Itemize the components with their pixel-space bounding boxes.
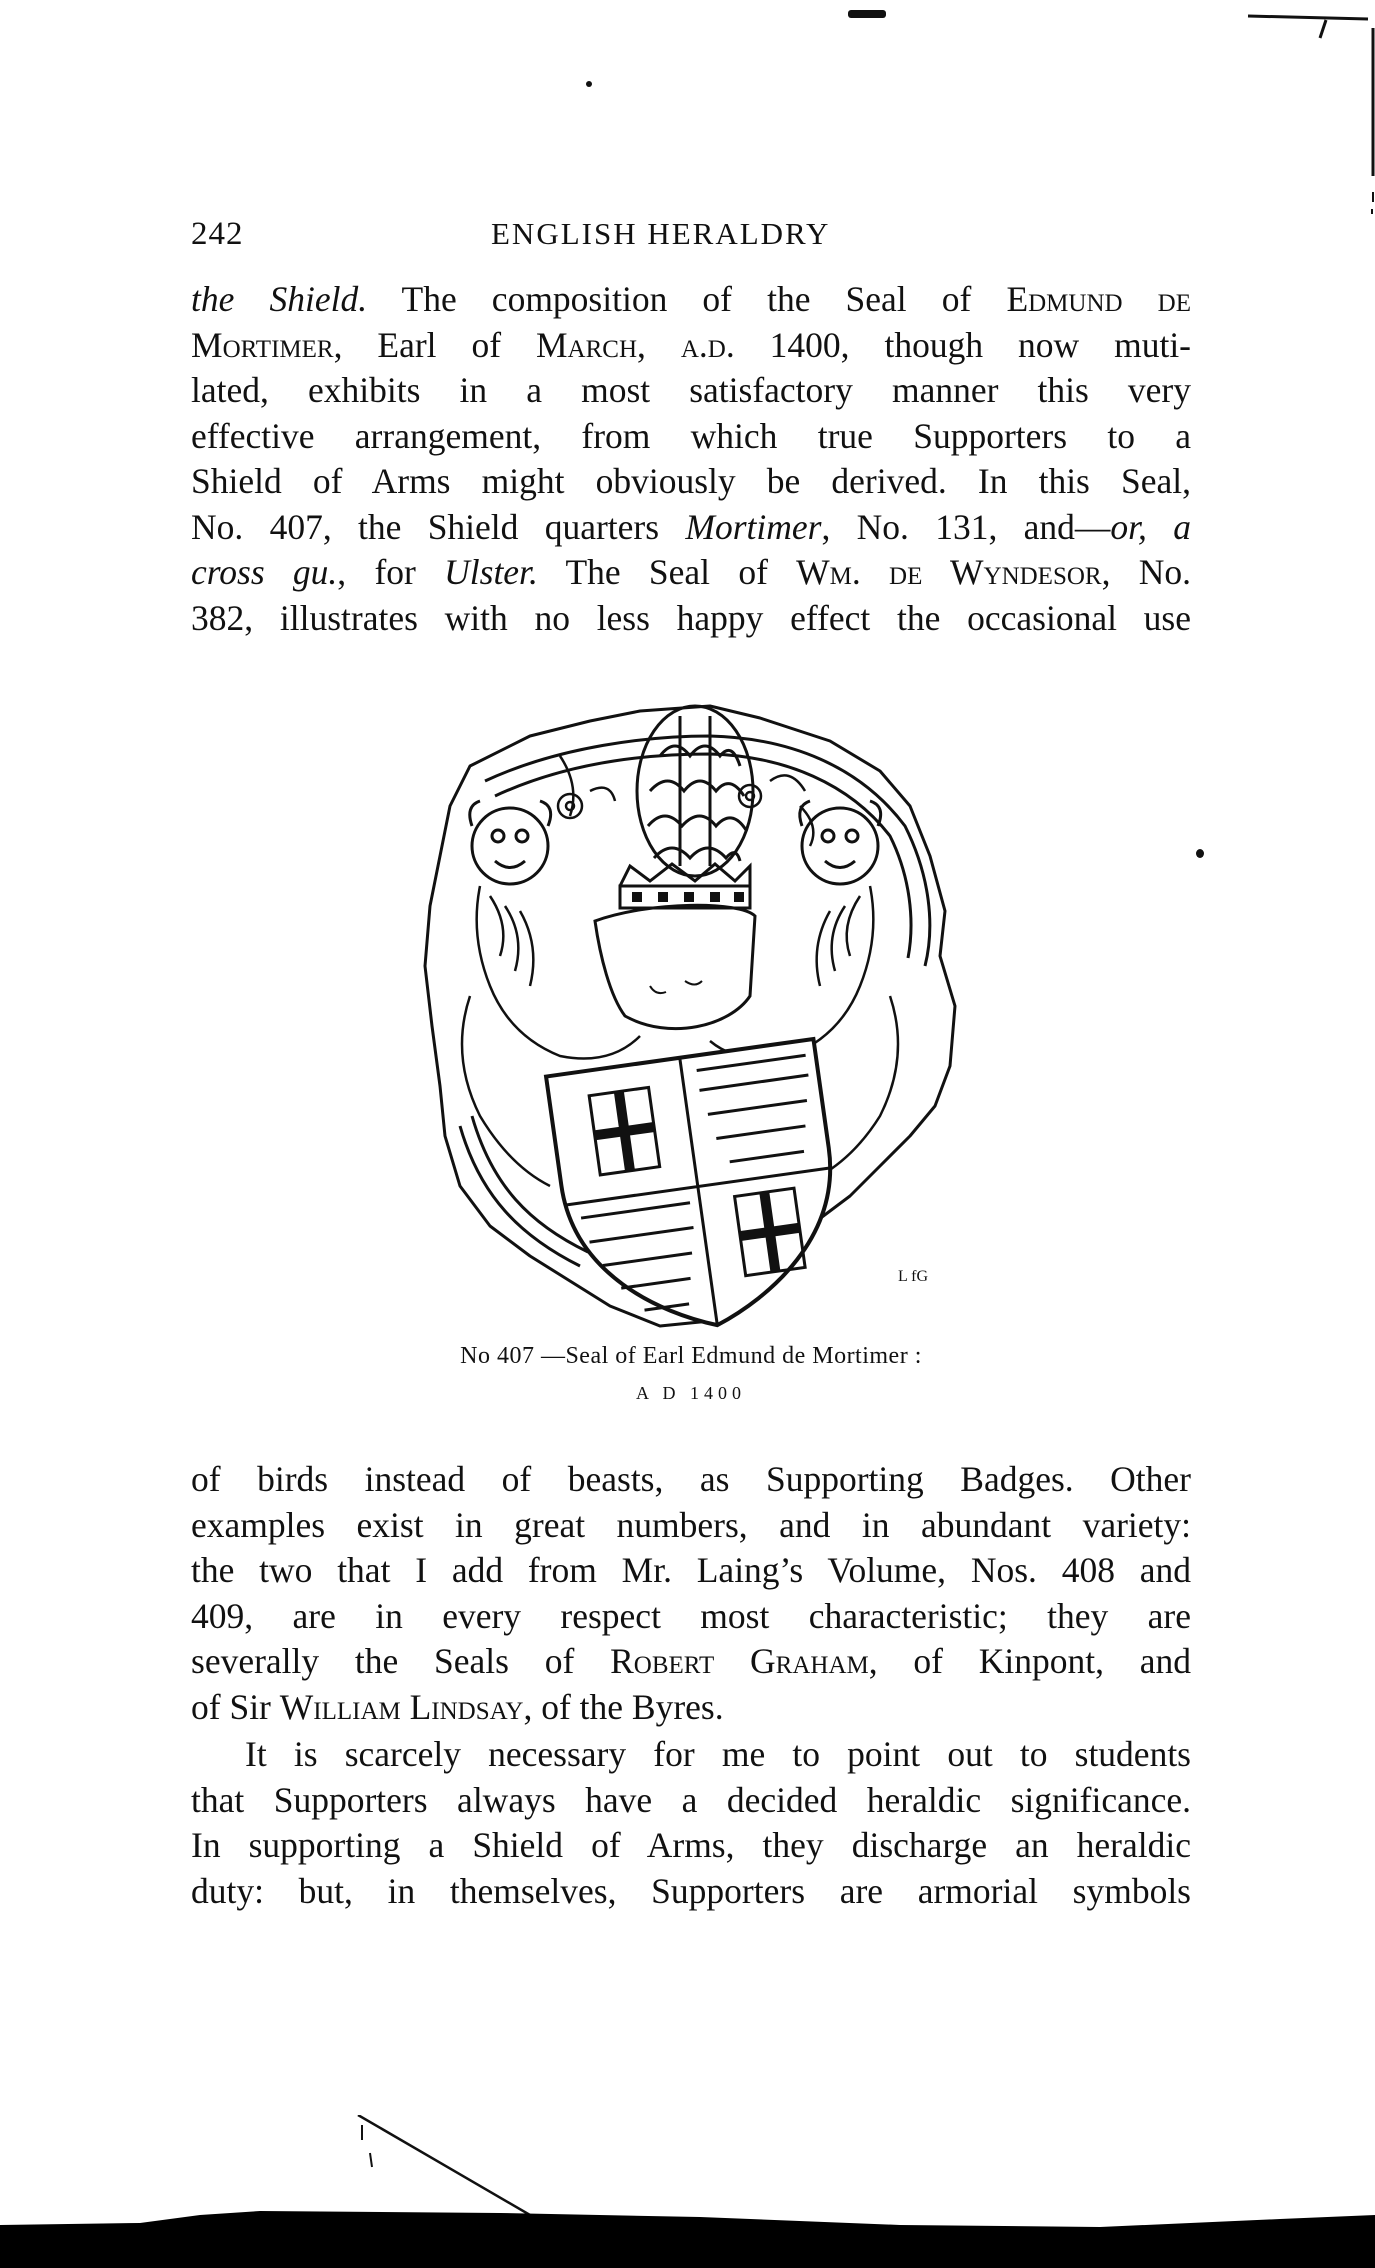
text-run: , No. 131, and— bbox=[821, 507, 1110, 547]
scan-mark-top bbox=[848, 10, 886, 18]
text-run: In supporting a Shield of Arms, they dis… bbox=[191, 1825, 1191, 1865]
text-line: 409, are in every respect most character… bbox=[191, 1594, 1191, 1640]
text-line: the two that I add from Mr. Laing’s Volu… bbox=[191, 1548, 1191, 1594]
text-line: duty: but, in themselves, Supporters are… bbox=[191, 1869, 1191, 1915]
text-run: lated, exhibits in a most satisfactory m… bbox=[191, 370, 1191, 410]
italic-text: or, a bbox=[1110, 507, 1191, 547]
proper-name: Mortimer bbox=[191, 325, 334, 365]
text-run: 409, are in every respect most character… bbox=[191, 1596, 1191, 1636]
text-run: , bbox=[637, 325, 681, 365]
page-bottom-edge-shadow bbox=[0, 2205, 1375, 2268]
italic-text: Mortimer bbox=[685, 507, 821, 547]
text-line: examples exist in great numbers, and in … bbox=[191, 1503, 1191, 1549]
text-run: The Seal of bbox=[538, 552, 796, 592]
text-run: No. 407, the Shield quarters bbox=[191, 507, 685, 547]
svg-text:L fG: L fG bbox=[898, 1268, 929, 1285]
figure-caption-date: A D 1400 bbox=[191, 1383, 1191, 1404]
proper-name: Robert Graham bbox=[610, 1641, 869, 1681]
proper-name: William Lindsay bbox=[280, 1687, 524, 1727]
text-run: , of Kinpont, and bbox=[869, 1641, 1191, 1681]
text-run: severally the Seals of bbox=[191, 1641, 610, 1681]
text-line: Shield of Arms might obviously be derive… bbox=[191, 459, 1191, 505]
text-line: lated, exhibits in a most satisfactory m… bbox=[191, 368, 1191, 414]
proper-name: Wm. de Wyndesor bbox=[796, 552, 1101, 592]
seal-illustration: L fG bbox=[410, 696, 970, 1336]
text-run: that Supporters always have a decided he… bbox=[191, 1780, 1191, 1820]
text-line: It is scarcely necessary for me to point… bbox=[191, 1732, 1191, 1778]
paragraph-2: of birds instead of beasts, as Supportin… bbox=[191, 1457, 1191, 1730]
italic-text: the Shield. bbox=[191, 279, 367, 319]
text-run: effective arrangement, from which true S… bbox=[191, 416, 1191, 456]
text-line: that Supporters always have a decided he… bbox=[191, 1778, 1191, 1824]
scan-dot-top bbox=[586, 81, 592, 87]
proper-name: March bbox=[536, 325, 637, 365]
text-run: It is scarcely necessary for me to point… bbox=[245, 1734, 1191, 1774]
paragraph-1: the Shield. The composition of the Seal … bbox=[191, 277, 1191, 641]
text-run: , for bbox=[337, 552, 444, 592]
text-line: Mortimer, Earl of March, a.d. 1400, thou… bbox=[191, 323, 1191, 369]
text-run: , No. bbox=[1102, 552, 1191, 592]
paragraph-3: It is scarcely necessary for me to point… bbox=[191, 1732, 1191, 1914]
book-page: 242 ENGLISH HERALDRY the Shield. The com… bbox=[0, 0, 1375, 2268]
proper-name: a.d. bbox=[681, 325, 735, 365]
text-line: severally the Seals of Robert Graham, of… bbox=[191, 1639, 1191, 1685]
text-line: cross gu., for Ulster. The Seal of Wm. d… bbox=[191, 550, 1191, 596]
text-run: The composition of the Seal of bbox=[367, 279, 1006, 319]
text-run: the two that I add from Mr. Laing’s Volu… bbox=[191, 1550, 1191, 1590]
text-run: Shield of Arms might obviously be derive… bbox=[191, 461, 1191, 501]
text-run: examples exist in great numbers, and in … bbox=[191, 1505, 1191, 1545]
text-line: 382, illustrates with no less happy effe… bbox=[191, 596, 1191, 642]
figure-caption: No 407 —Seal of Earl Edmund de Mortimer … bbox=[191, 1343, 1191, 1370]
proper-name: Edmund de bbox=[1006, 279, 1191, 319]
text-line: effective arrangement, from which true S… bbox=[191, 414, 1191, 460]
text-run: of Sir bbox=[191, 1687, 280, 1727]
text-line: No. 407, the Shield quarters Mortimer, N… bbox=[191, 505, 1191, 551]
text-line: of Sir William Lindsay, of the Byres. bbox=[191, 1685, 1191, 1731]
text-line: In supporting a Shield of Arms, they dis… bbox=[191, 1823, 1191, 1869]
italic-text: Ulster. bbox=[444, 552, 538, 592]
italic-text: cross gu. bbox=[191, 552, 337, 592]
running-head: 242 ENGLISH HERALDRY bbox=[191, 216, 1191, 266]
text-run: duty: but, in themselves, Supporters are… bbox=[191, 1871, 1191, 1911]
text-line: of birds instead of beasts, as Supportin… bbox=[191, 1457, 1191, 1503]
text-run: 1400, though now muti- bbox=[735, 325, 1191, 365]
page-edge-corner bbox=[1240, 0, 1375, 220]
page-number: 242 bbox=[191, 216, 244, 253]
text-run: , of the Byres. bbox=[523, 1687, 723, 1727]
text-run: of birds instead of beasts, as Supportin… bbox=[191, 1459, 1191, 1499]
seal-of-mortimer-engraving: L fG bbox=[410, 696, 970, 1336]
text-run: , Earl of bbox=[334, 325, 536, 365]
scan-dot-right bbox=[1196, 849, 1204, 858]
running-title: ENGLISH HERALDRY bbox=[491, 216, 830, 252]
text-run: 382, illustrates with no less happy effe… bbox=[191, 598, 1191, 638]
text-line: the Shield. The composition of the Seal … bbox=[191, 277, 1191, 323]
